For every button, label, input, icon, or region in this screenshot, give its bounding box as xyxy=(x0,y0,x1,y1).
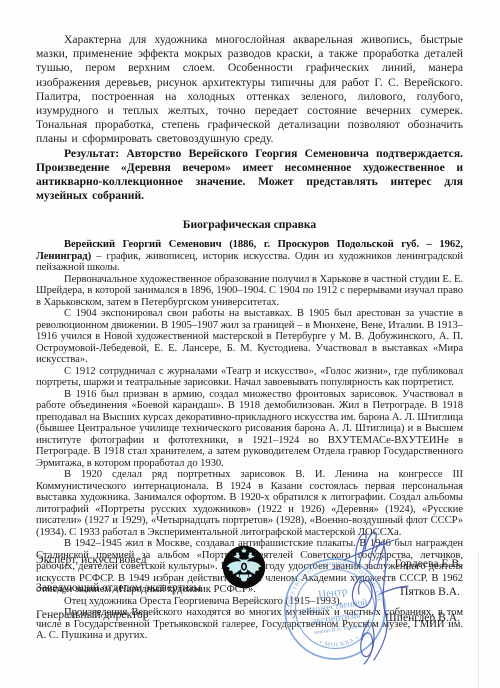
result-paragraph: Результат: Авторство Верейского Георгия … xyxy=(36,147,463,204)
handwritten-signatures xyxy=(332,520,422,670)
biography-heading: Биографическая справка xyxy=(36,218,463,231)
signer-title-general-director: Генеральный директор xyxy=(36,608,149,621)
expertise-conclusion-section: Характерна для художника многослойная ак… xyxy=(36,33,463,203)
scan-edge-artifact xyxy=(478,552,480,688)
artist-name-rest: – график, живописец, историк искусства. … xyxy=(36,251,463,274)
bio-paragraph-exhibitions: С 1904 экспонировал свои работы на выста… xyxy=(36,308,463,366)
technique-paragraph: Характерна для художника многослойная ак… xyxy=(36,33,463,147)
bio-paragraph-army-teaching: В 1916 был призван в армию, создал множе… xyxy=(36,389,463,470)
bio-paragraph-magazines: С 1912 сотрудничал с журналами «Театр и … xyxy=(36,366,463,389)
signer-title-expert: Эксперт, искусствовед xyxy=(36,553,147,566)
bio-paragraph-education: Первоначальное художественное образовани… xyxy=(36,274,463,309)
signer-title-head-of-department: Заведующий отделом экспертизы xyxy=(36,581,201,594)
bio-paragraph-artist: Верейский Георгий Семенович (1886, г. Пр… xyxy=(36,239,463,274)
scanned-expertise-document: Характерна для художника многослойная ак… xyxy=(0,0,500,688)
double-headed-eagle-icon xyxy=(222,545,266,589)
